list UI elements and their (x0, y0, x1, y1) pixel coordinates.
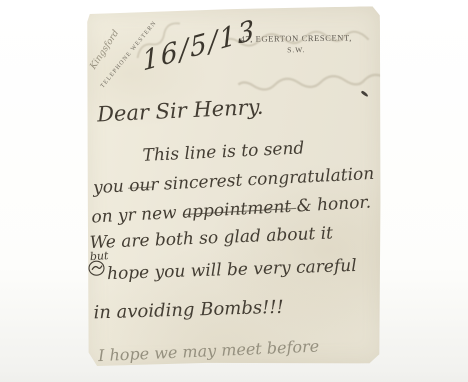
letter-paper: Kingsford TELEPHONE WESTERN 47, EGERTON … (84, 6, 384, 367)
circled-correction-mark (88, 260, 105, 277)
letter-line: hope you will be very careful (107, 256, 357, 284)
letter-line: you our sincerest congratulation (93, 164, 375, 198)
letter-line: We are both so glad about it (89, 223, 333, 253)
salutation: Dear Sir Henry. (97, 95, 264, 127)
letter-line: on yr new appointment & honor. (91, 192, 372, 227)
letter-line: I hope we may meet before (98, 337, 320, 366)
letter-line: in avoiding Bombs!!! (93, 297, 284, 324)
letter-line: This line is to send (142, 138, 305, 166)
photo-background: Kingsford TELEPHONE WESTERN 47, EGERTON … (0, 0, 468, 382)
